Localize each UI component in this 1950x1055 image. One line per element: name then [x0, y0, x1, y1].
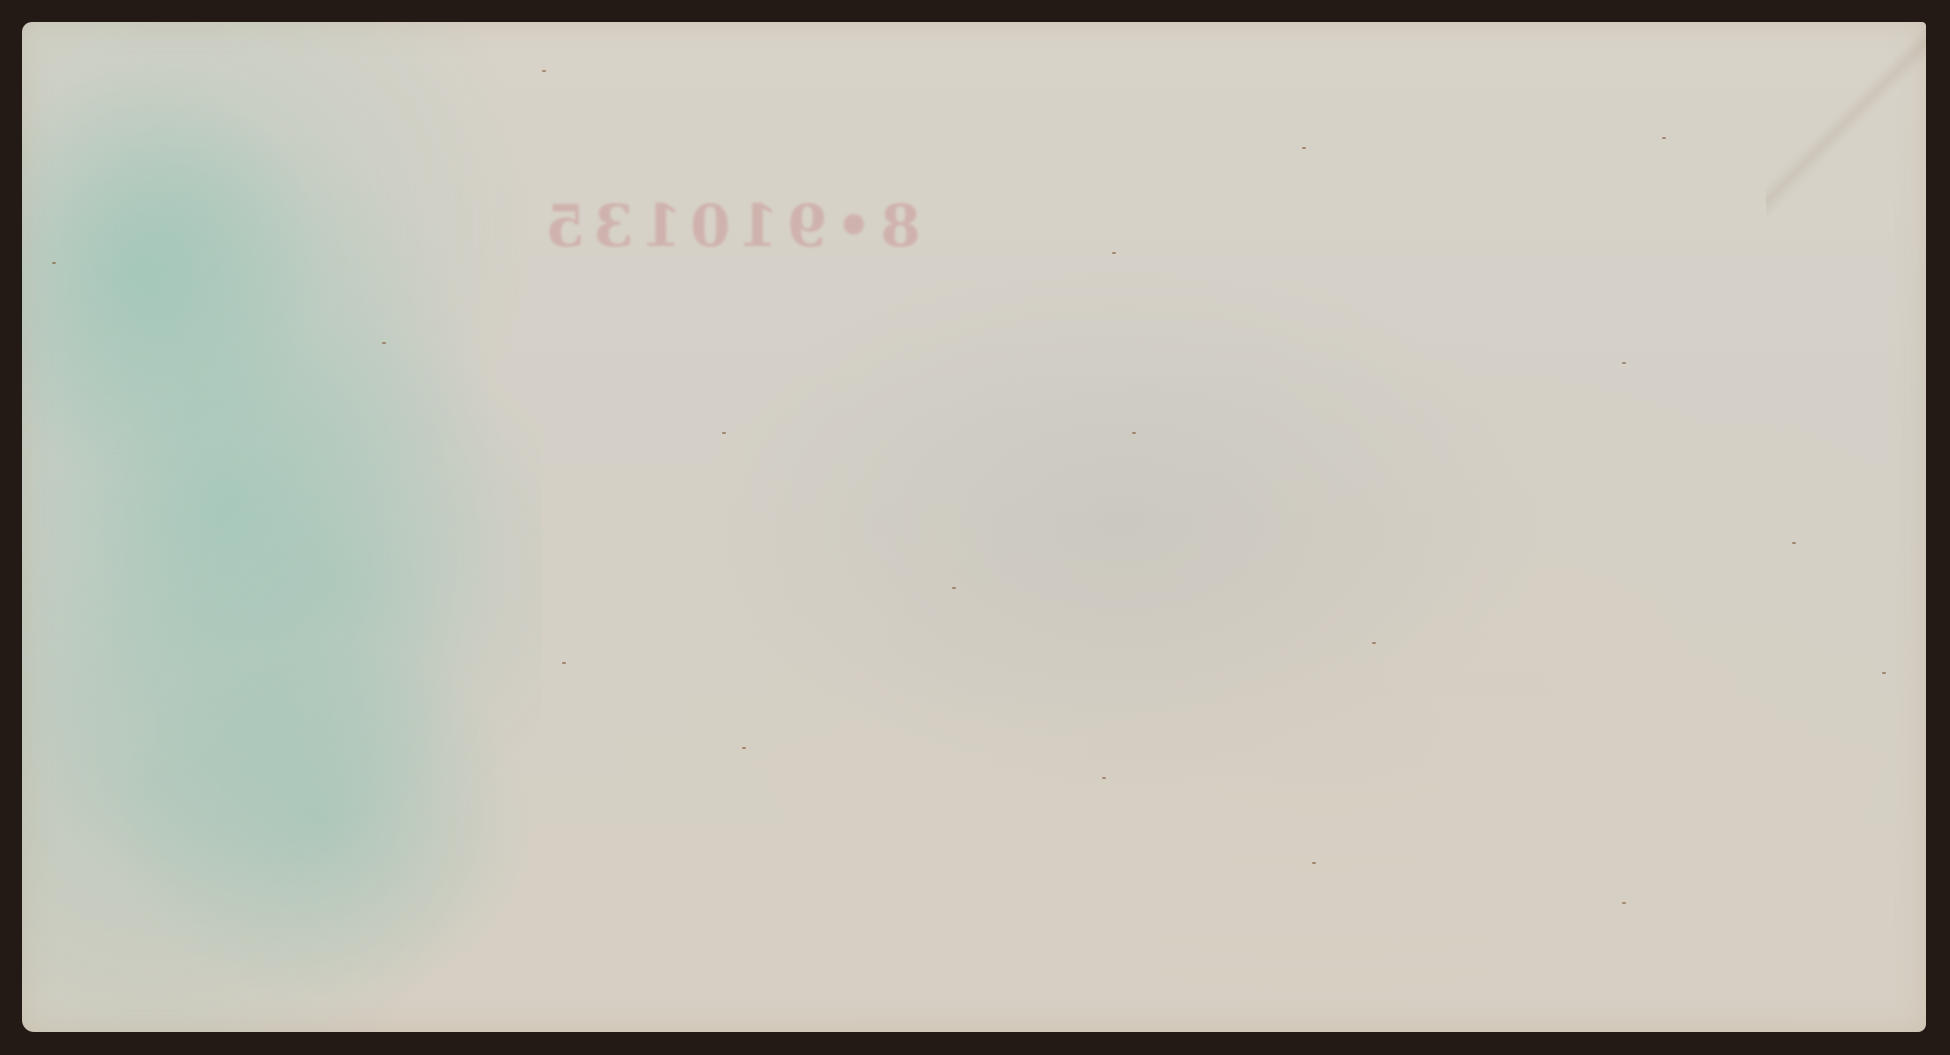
paper-fleck [952, 587, 956, 589]
paper-fleck [742, 747, 746, 749]
paper-fleck [1372, 642, 1376, 644]
paper-fleck [1102, 777, 1106, 779]
paper-fleck [382, 342, 386, 344]
paper-fleck [1882, 672, 1886, 674]
paper-fleck [1312, 862, 1316, 864]
green-tint-area [22, 22, 542, 1032]
paper-fleck [1662, 137, 1666, 139]
paper-fleck [562, 662, 566, 664]
paper-fleck [1132, 432, 1136, 434]
paper-fleck [1622, 902, 1626, 904]
paper-fleck [722, 432, 726, 434]
paper-fleck [1622, 362, 1626, 364]
banknote-reverse: 8•910135 [22, 22, 1926, 1032]
show-through-serial-number: 8•910135 [537, 192, 921, 260]
paper-fleck [1302, 147, 1306, 149]
paper-fleck [52, 262, 56, 264]
paper-fleck [1112, 252, 1116, 254]
paper-fleck [542, 70, 546, 72]
corner-fold [1766, 22, 1926, 222]
paper-fleck [1792, 542, 1796, 544]
